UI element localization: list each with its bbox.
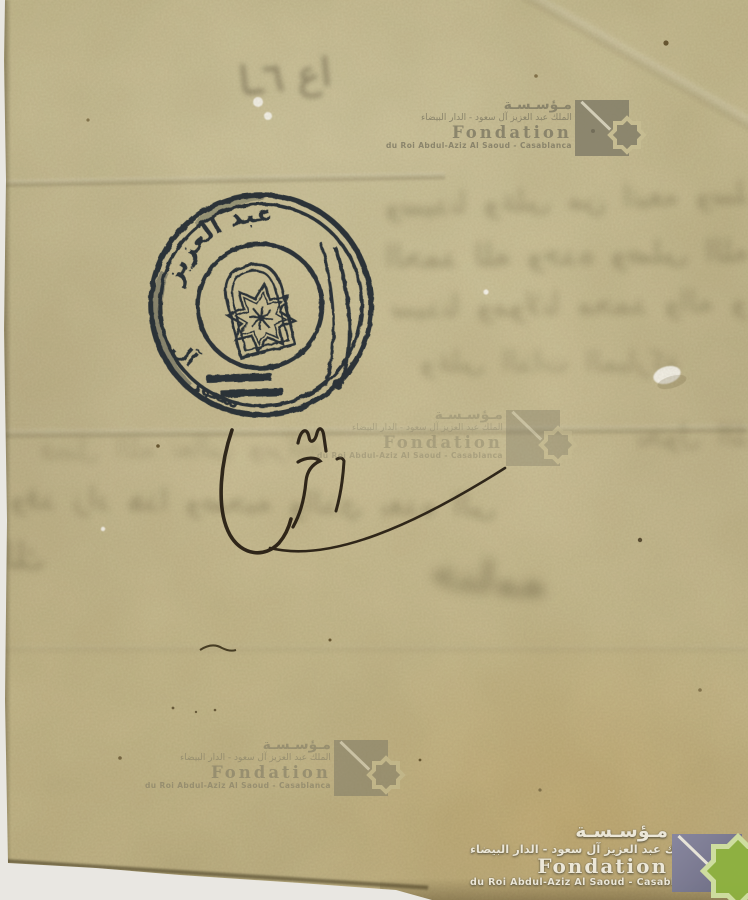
- bleedthrough-line: سيدنا ومولانا محمد واله وصحبه: [390, 283, 748, 325]
- bleedthrough-line: الك: [0, 536, 136, 577]
- seal-arch: [220, 259, 296, 358]
- paper-sheet: وسيدنا وعلى من اتبعه وسلم الحمد لله وحده…: [0, 0, 748, 900]
- scanned-document: وسيدنا وعلى من اتبعه وسلم الحمد لله وحده…: [0, 0, 748, 900]
- faint-handwritten-note: اع ٦ـا: [130, 50, 334, 117]
- paper-edge-shadow: [4, 859, 428, 890]
- bleedthrough-line: وعلى الذات المباركة: [420, 344, 747, 378]
- ink-seal-stamp: عبد العزيز آل سعود: [142, 184, 380, 426]
- paper-edge-shadow: [4, 0, 11, 866]
- paper-edge-shadow: [380, 878, 748, 900]
- handwritten-signature-flourish: [180, 415, 520, 585]
- bleedthrough-line: الحمد لله وحده وصلى الله على: [385, 233, 748, 275]
- bleedthrough-line: بحول الله: [636, 418, 748, 453]
- bleedthrough-line: وسيدنا وعلى من اتبعه وسلم: [384, 176, 747, 224]
- fold-crease: [0, 645, 748, 651]
- corner-crease: [514, 0, 748, 144]
- seal-star-icon: [224, 281, 298, 355]
